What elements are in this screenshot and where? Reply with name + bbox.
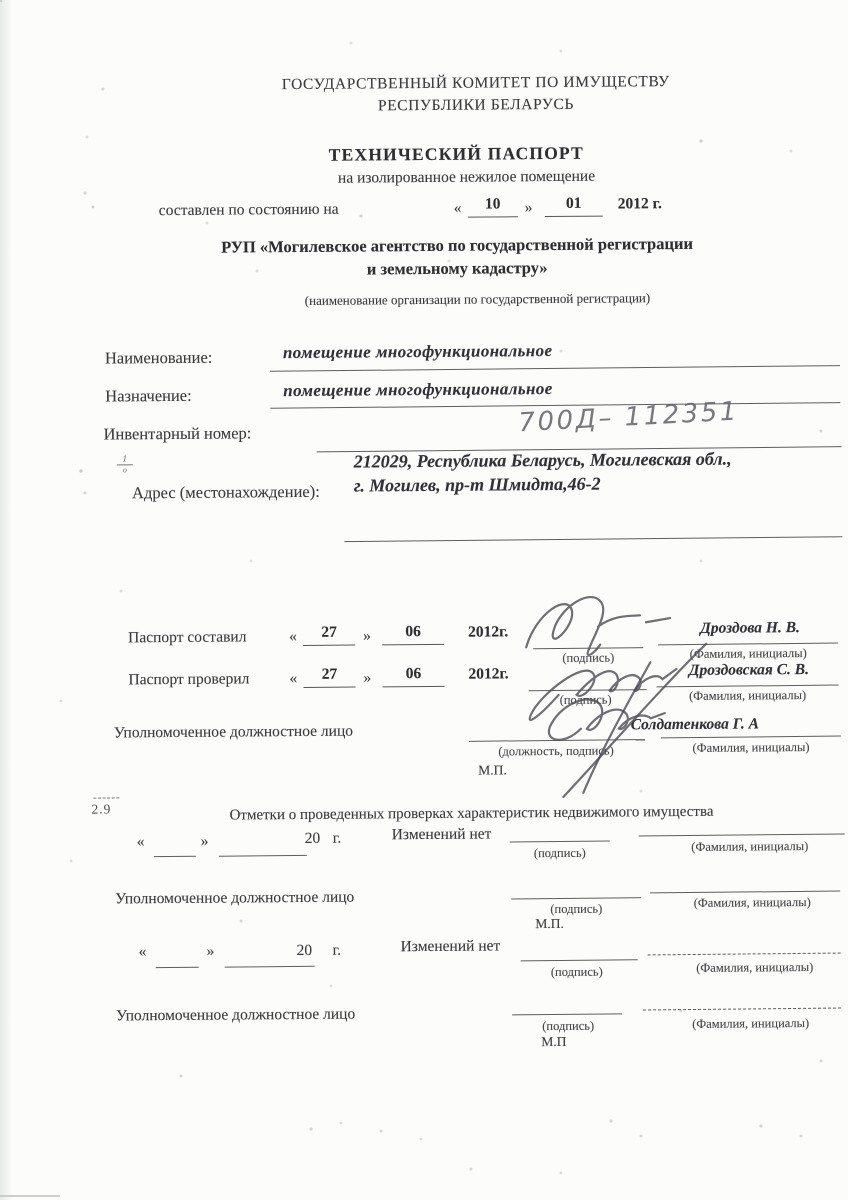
official-name-line — [643, 1008, 841, 1011]
signature-caption: (подпись) — [508, 1018, 628, 1035]
check-day-blank — [154, 856, 196, 857]
official-signature-line — [512, 1013, 622, 1015]
inventory-number-label: Инвентарный номер: — [103, 423, 251, 445]
compiled-month-field: 01 — [545, 195, 603, 217]
purpose-field-value: помещение многофункциональное — [283, 378, 553, 401]
document-title: ТЕХНИЧЕСКИЙ ПАСПОРТ — [126, 141, 786, 168]
quote-close: » — [201, 832, 209, 851]
margin-fraction-artifact: 1 о — [117, 454, 133, 474]
quote-open: « — [289, 627, 297, 646]
name-field-underline — [270, 365, 840, 372]
agency-caption: (наименование организации по государстве… — [107, 289, 847, 311]
authorized-official-label: Уполномоченное должностное лицо — [115, 888, 354, 909]
signature-official-tail — [562, 644, 707, 797]
document-subtitle: на изолированное нежилое помещение — [126, 165, 806, 190]
check-day-blank — [156, 967, 199, 968]
quote-close: » — [207, 942, 215, 961]
name-field-label: Наименование: — [105, 348, 213, 369]
compiled-date-prefix: составлен по состоянию на — [159, 200, 339, 221]
compiled-day-field: 10 — [468, 195, 518, 217]
quote-open: « — [139, 942, 147, 961]
no-changes-note: Изменений нет — [392, 824, 492, 844]
passport-compiled-label: Паспорт составил — [128, 627, 246, 647]
compiled-row-month: 06 — [382, 623, 444, 645]
no-changes-note: Изменений нет — [400, 936, 500, 956]
name-caption: (Фамилия, инициалы) — [672, 895, 832, 912]
address-value-line2: г. Могилев, пр-т Шмидта,46-2 — [354, 473, 601, 497]
scan-noise — [0, 0, 2, 2]
address-value-line1: 212029, Республика Беларусь, Могилевская… — [354, 448, 732, 473]
quote-close: » — [363, 626, 371, 645]
quote-open: « — [454, 199, 462, 218]
signature-caption: (подпись) — [502, 845, 618, 862]
scanned-technical-passport-page: ГОСУДАРСТВЕННЫЙ КОМИТЕТ ПО ИМУЩЕСТВУ РЕС… — [0, 0, 848, 1200]
check-year-suffix: г. — [333, 941, 342, 960]
committee-name-line2: РЕСПУБЛИКИ БЕЛАРУСЬ — [126, 93, 826, 118]
authorized-official-label: Уполномоченное должностное лицо — [116, 1005, 355, 1026]
purpose-field-label: Назначение: — [105, 386, 192, 407]
check-signature-line — [510, 840, 610, 842]
margin-fraction-top: 1 — [117, 454, 133, 465]
name-caption: (Фамилия, инициалы) — [660, 839, 840, 856]
official-name-line — [650, 891, 840, 894]
address-field-label: Адрес (местонахождение): — [132, 482, 320, 504]
checked-row-day: 27 — [303, 666, 355, 688]
quote-close: » — [363, 668, 371, 687]
agency-name-line2: и земельному кадастру» — [77, 256, 837, 283]
authorized-official-label: Уполномоченное должностное лицо — [114, 722, 353, 743]
checked-row-month: 06 — [382, 665, 444, 687]
official-signature-line — [511, 897, 641, 899]
check-signature-line — [521, 959, 638, 961]
check-name-line — [639, 833, 845, 836]
margin-annotation: 2.9 — [91, 801, 111, 817]
compiled-row-day: 27 — [303, 624, 355, 646]
check-name-line — [648, 953, 841, 956]
document-content: ГОСУДАРСТВЕННЫЙ КОМИТЕТ ПО ИМУЩЕСТВУ РЕС… — [0, 0, 848, 1200]
committee-name-line1: ГОСУДАРСТВЕННЫЙ КОМИТЕТ ПО ИМУЩЕСТВУ — [126, 71, 826, 96]
check-year-prefix: 20 — [297, 941, 313, 960]
seal-placeholder: М.П — [541, 1034, 566, 1051]
quote-close: » — [525, 198, 533, 217]
name-field-value: помещение многофункциональное — [283, 340, 553, 363]
check-year-suffix: г. — [333, 829, 342, 848]
inventory-number-handwritten-value: 700Д– 112351 — [518, 397, 740, 439]
name-caption: (Фамилия, инициалы) — [668, 1016, 833, 1033]
check-month-blank — [219, 855, 307, 857]
name-caption: (Фамилия, инициалы) — [675, 960, 835, 977]
passport-checked-label: Паспорт проверил — [128, 669, 249, 689]
agency-name-line1: РУП «Могилевское агентство по государств… — [77, 233, 837, 260]
margin-fraction-bottom: о — [117, 465, 133, 474]
address-blank-underline — [344, 536, 842, 542]
seal-placeholder: М.П. — [535, 916, 564, 933]
handwritten-signatures — [440, 566, 742, 808]
signature-caption: (подпись) — [515, 964, 639, 981]
check-year-prefix: 20 — [305, 829, 321, 848]
compiled-year: 2012 г. — [618, 194, 662, 214]
check-month-blank — [225, 966, 315, 968]
quote-open: « — [137, 832, 145, 851]
checks-section-title: Отметки о проведенных проверках характер… — [111, 802, 831, 826]
quote-open: « — [289, 669, 297, 688]
signature-caption: (подпись) — [507, 901, 645, 918]
signature-compiler — [526, 596, 670, 655]
